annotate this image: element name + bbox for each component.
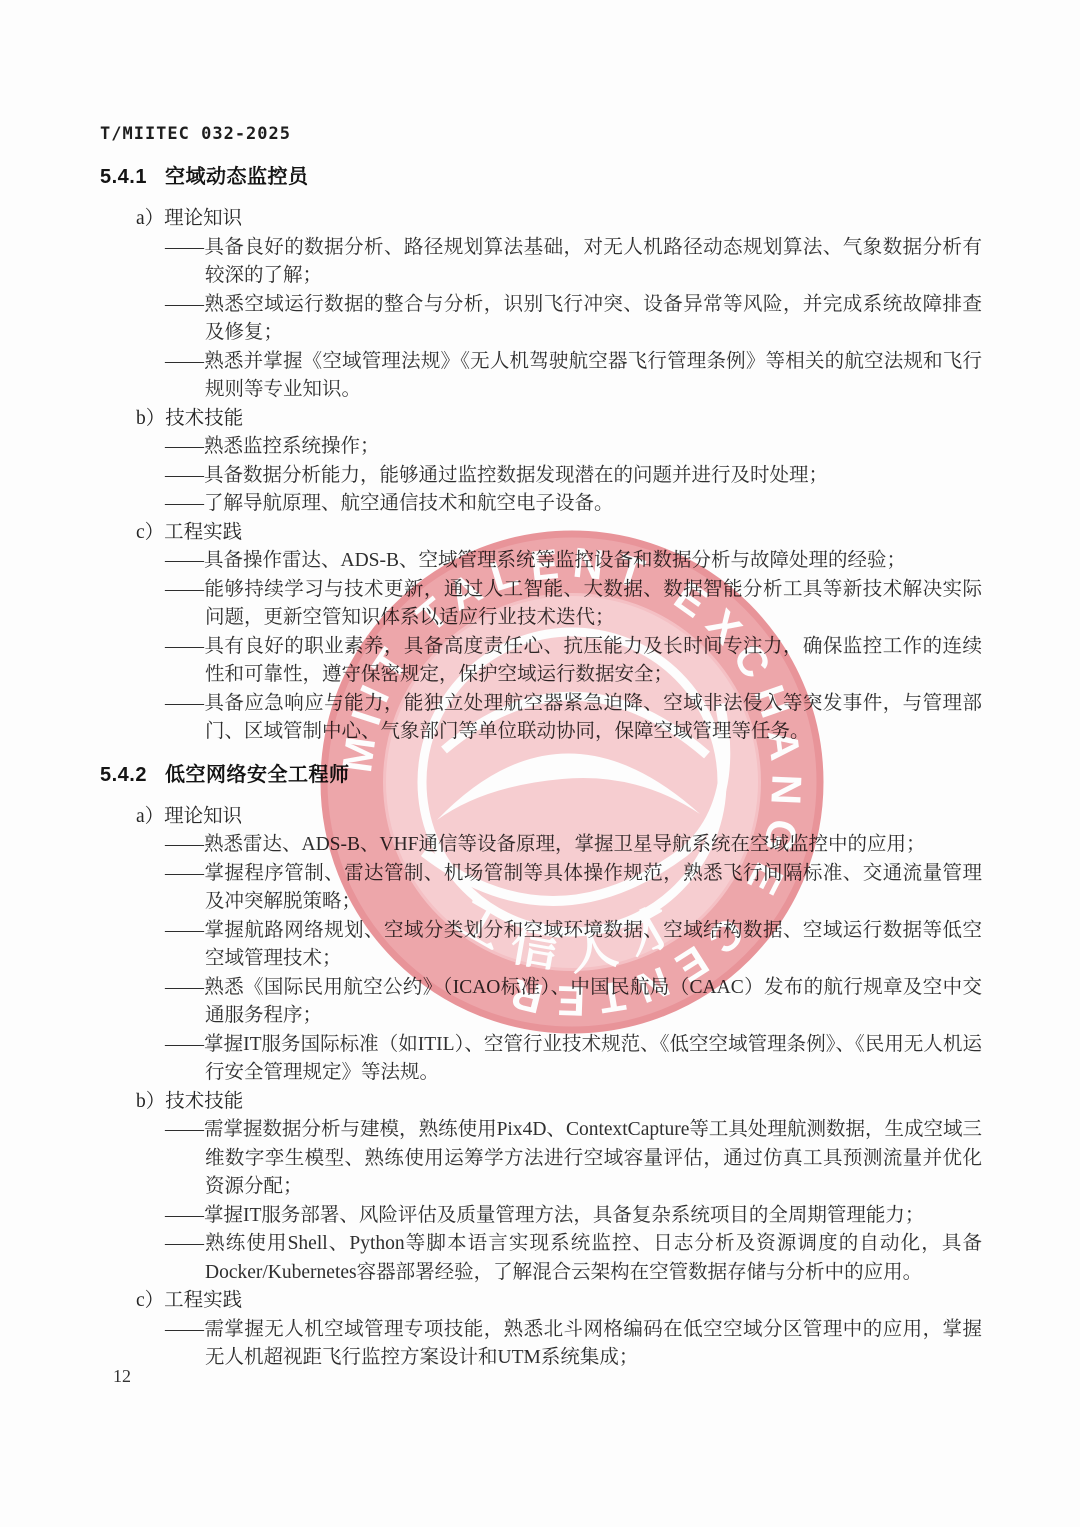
requirement-block: b）技术技能 ——熟悉监控系统操作； ——具备数据分析能力，能够通过监控数据发现… <box>100 405 982 519</box>
block-items: ——熟悉监控系统操作； ——具备数据分析能力，能够通过监控数据发现潜在的问题并进… <box>100 433 982 519</box>
document-content: 5.4.1空域动态监控员 a）理论知识 ——具备良好的数据分析、路径规划算法基础… <box>100 162 982 1373</box>
requirement-block: c）工程实践 ——具备操作雷达、ADS-B、空域管理系统等监控设备和数据分析与故… <box>100 519 982 747</box>
block-items: ——具备良好的数据分析、路径规划算法基础，对无人机路径动态规划算法、气象数据分析… <box>100 234 982 405</box>
doc-number: T/MIITEC 032-2025 <box>100 124 291 144</box>
section-blocks: a）理论知识 ——熟悉雷达、ADS-B、VHF通信等设备原理，掌握卫星导航系统在… <box>100 803 982 1373</box>
requirement-block: a）理论知识 ——具备良好的数据分析、路径规划算法基础，对无人机路径动态规划算法… <box>100 205 982 405</box>
requirement-item: ——掌握航路网络规划、空域分类划分和空域环境数据、空域结构数据、空域运行数据等低… <box>205 917 982 974</box>
requirement-block: a）理论知识 ——熟悉雷达、ADS-B、VHF通信等设备原理，掌握卫星导航系统在… <box>100 803 982 1088</box>
requirement-item: ——能够持续学习与技术更新，通过人工智能、大数据、数据智能分析工具等新技术解决实… <box>205 576 982 633</box>
block-label: a）理论知识 <box>136 205 982 234</box>
section-number: 5.4.2 <box>100 764 147 786</box>
section-number: 5.4.1 <box>100 166 147 188</box>
section: 5.4.1空域动态监控员 a）理论知识 ——具备良好的数据分析、路径规划算法基础… <box>100 162 982 747</box>
block-label: c）工程实践 <box>136 519 982 548</box>
requirement-item: ——熟悉《国际民用航空公约》（ICAO标准）、中国民航局（CAAC）发布的航行规… <box>205 974 982 1031</box>
requirement-item: ——掌握IT服务国际标准（如ITIL）、空管行业技术规范、《低空空域管理条例》、… <box>205 1031 982 1088</box>
block-items: ——需掌握数据分析与建模，熟练使用Pix4D、ContextCapture等工具… <box>100 1116 982 1287</box>
requirement-item: ——需掌握无人机空域管理专项技能，熟悉北斗网格编码在低空空域分区管理中的应用，掌… <box>205 1316 982 1373</box>
block-items: ——熟悉雷达、ADS-B、VHF通信等设备原理，掌握卫星导航系统在空域监控中的应… <box>100 831 982 1088</box>
requirement-item: ——熟悉并掌握《空域管理法规》《无人机驾驶航空器飞行管理条例》等相关的航空法规和… <box>205 348 982 405</box>
requirement-item: ——具备应急响应与能力，能独立处理航空器紧急迫降、空域非法侵入等突发事件，与管理… <box>205 690 982 747</box>
requirement-item: ——掌握IT服务部署、风险评估及质量管理方法，具备复杂系统项目的全周期管理能力； <box>205 1202 982 1231</box>
block-items: ——需掌握无人机空域管理专项技能，熟悉北斗网格编码在低空空域分区管理中的应用，掌… <box>100 1316 982 1373</box>
requirement-item: ——具备数据分析能力，能够通过监控数据发现潜在的问题并进行及时处理； <box>205 462 982 491</box>
document-page: MIIT TALENT EXCHANGE CENTER 工信人才 T/MIITE… <box>0 0 1080 1527</box>
section-blocks: a）理论知识 ——具备良好的数据分析、路径规划算法基础，对无人机路径动态规划算法… <box>100 205 982 747</box>
block-items: ——具备操作雷达、ADS-B、空域管理系统等监控设备和数据分析与故障处理的经验；… <box>100 547 982 747</box>
section-heading: 5.4.1空域动态监控员 <box>100 162 982 192</box>
requirement-block: b）技术技能 ——需掌握数据分析与建模，熟练使用Pix4D、ContextCap… <box>100 1088 982 1288</box>
section: 5.4.2低空网络安全工程师 a）理论知识 ——熟悉雷达、ADS-B、VHF通信… <box>100 760 982 1373</box>
requirement-item: ——需掌握数据分析与建模，熟练使用Pix4D、ContextCapture等工具… <box>205 1116 982 1202</box>
requirement-item: ——具备操作雷达、ADS-B、空域管理系统等监控设备和数据分析与故障处理的经验； <box>205 547 982 576</box>
requirement-item: ——熟悉空域运行数据的整合与分析，识别飞行冲突、设备异常等风险，并完成系统故障排… <box>205 291 982 348</box>
section-title: 低空网络安全工程师 <box>165 764 350 786</box>
requirement-item: ——熟悉监控系统操作； <box>205 433 982 462</box>
requirement-item: ——熟悉雷达、ADS-B、VHF通信等设备原理，掌握卫星导航系统在空域监控中的应… <box>205 831 982 860</box>
requirement-item: ——具有良好的职业素养，具备高度责任心、抗压能力及长时间专注力，确保监控工作的连… <box>205 633 982 690</box>
section-title: 空域动态监控员 <box>165 166 309 188</box>
requirement-item: ——掌握程序管制、雷达管制、机场管制等具体操作规范，熟悉飞行间隔标准、交通流量管… <box>205 860 982 917</box>
requirement-item: ——熟练使用Shell、Python等脚本语言实现系统监控、日志分析及资源调度的… <box>205 1230 982 1287</box>
block-label: a）理论知识 <box>136 803 982 832</box>
section-heading: 5.4.2低空网络安全工程师 <box>100 760 982 790</box>
requirement-block: c）工程实践 ——需掌握无人机空域管理专项技能，熟悉北斗网格编码在低空空域分区管… <box>100 1287 982 1373</box>
page-number: 12 <box>113 1366 131 1387</box>
block-label: c）工程实践 <box>136 1287 982 1316</box>
block-label: b）技术技能 <box>136 405 982 434</box>
requirement-item: ——具备良好的数据分析、路径规划算法基础，对无人机路径动态规划算法、气象数据分析… <box>205 234 982 291</box>
requirement-item: ——了解导航原理、航空通信技术和航空电子设备。 <box>205 490 982 519</box>
block-label: b）技术技能 <box>136 1088 982 1117</box>
